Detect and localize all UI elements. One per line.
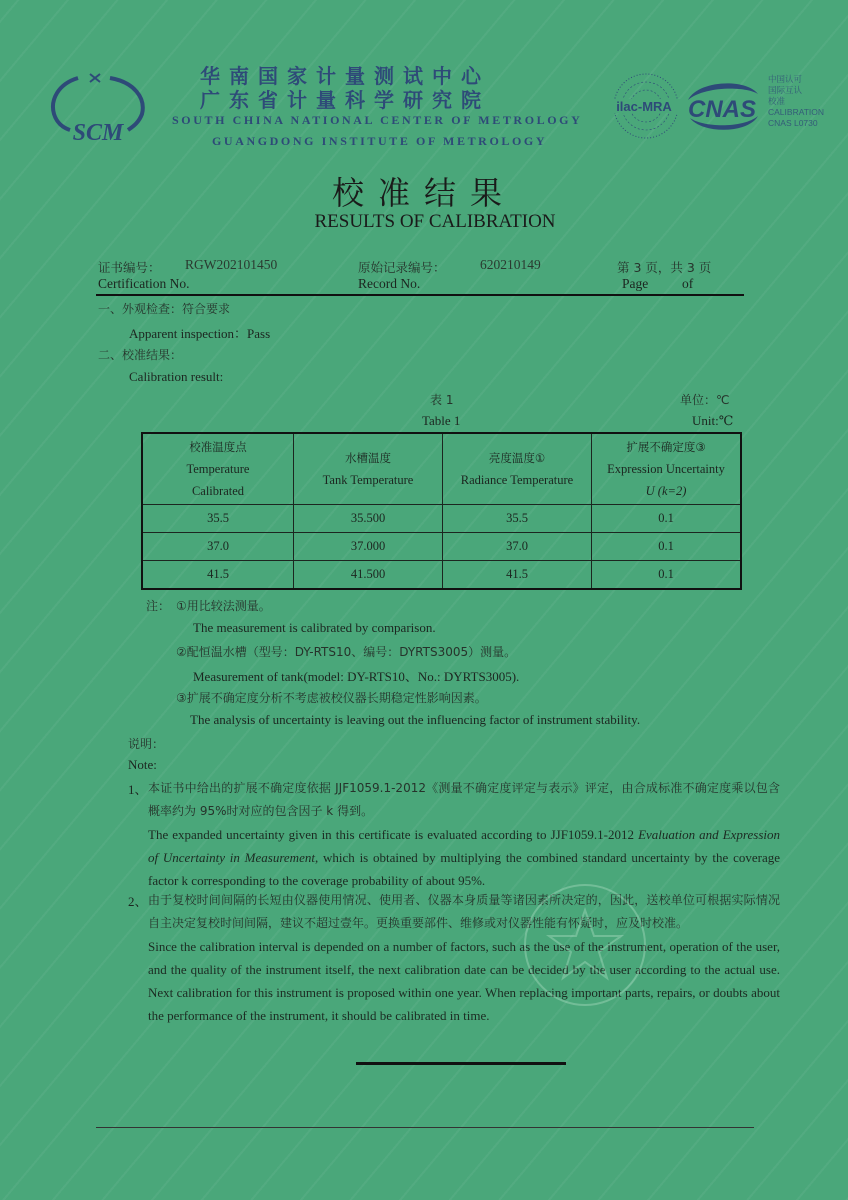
section-1-heading-en: Apparent inspection：Pass bbox=[129, 323, 270, 342]
document-title-cn: 校准结果 bbox=[0, 168, 848, 214]
explanation-label-en: Note: bbox=[128, 757, 157, 773]
cell-radiance-temperature: 37.0 bbox=[443, 533, 592, 561]
cnas-line: 校准 bbox=[768, 96, 824, 107]
table-row: 37.0 37.000 37.0 0.1 bbox=[142, 533, 741, 561]
section-2-heading-en: Calibration result: bbox=[129, 369, 223, 385]
column-header-radiance-temperature: 亮度温度① Radiance Temperature bbox=[443, 433, 592, 505]
table-caption-cn: 表 1 bbox=[430, 391, 453, 408]
table-caption-en: Table 1 bbox=[422, 413, 460, 429]
page-label-en: Page bbox=[622, 276, 648, 292]
cnas-line: CALIBRATION bbox=[768, 107, 824, 118]
cell-temperature-calibrated: 35.5 bbox=[142, 505, 294, 533]
org-name-en-1: SOUTH CHINA NATIONAL CENTER OF METROLOGY bbox=[172, 113, 582, 128]
table-row: 35.5 35.500 35.5 0.1 bbox=[142, 505, 741, 533]
embossed-seal bbox=[520, 880, 650, 1010]
record-label-en: Record No. bbox=[358, 276, 420, 292]
page-of-label-en: of bbox=[682, 276, 693, 292]
calibration-results-table: 校准温度点 Temperature Calibrated 水槽温度 Tank T… bbox=[141, 432, 742, 590]
document-title-en: RESULTS OF CALIBRATION bbox=[0, 211, 848, 233]
page-indicator-cn: 第 3 页，共 3 页 bbox=[617, 258, 711, 276]
cell-tank-temperature: 37.000 bbox=[294, 533, 443, 561]
note-2-en: Measurement of tank(model: DY-RTS10、No.:… bbox=[193, 666, 519, 685]
explanation-label-cn: 说明： bbox=[128, 735, 164, 752]
unit-label-en: Unit:℃ bbox=[692, 413, 733, 429]
explanation-item-1-en: The expanded uncertainty given in this c… bbox=[148, 823, 780, 892]
ilac-mra-logo: ilac-MRA bbox=[602, 68, 686, 144]
section-2-heading-cn: 二、校准结果： bbox=[98, 346, 182, 363]
cert-number: RGW202101450 bbox=[185, 257, 277, 273]
cell-tank-temperature: 35.500 bbox=[294, 505, 443, 533]
cell-uncertainty: 0.1 bbox=[592, 505, 742, 533]
cell-uncertainty: 0.1 bbox=[592, 561, 742, 590]
unit-label-cn: 单位：℃ bbox=[680, 391, 729, 408]
svg-text:ilac-MRA: ilac-MRA bbox=[616, 99, 672, 114]
cell-temperature-calibrated: 37.0 bbox=[142, 533, 294, 561]
record-label-cn: 原始记录编号： bbox=[358, 258, 446, 276]
end-of-content-line bbox=[356, 1062, 566, 1065]
note-1-cn: ①用比较法测量。 bbox=[176, 597, 271, 614]
cell-tank-temperature: 41.500 bbox=[294, 561, 443, 590]
column-header-expression-uncertainty: 扩展不确定度③ Expression Uncertainty U (k=2) bbox=[592, 433, 742, 505]
cnas-accreditation-text: 中国认可 国际互认 校准 CALIBRATION CNAS L0730 bbox=[768, 74, 824, 129]
cert-label-en: Certification No. bbox=[98, 276, 189, 292]
footer-divider bbox=[96, 1127, 754, 1128]
explanation-item-2: 由于复校时间间隔的长短由仪器使用情况、使用者、仪器本身质量等诸因素所决定的，因此… bbox=[148, 889, 780, 1027]
section-1-heading-cn: 一、外观检查：符合要求 bbox=[98, 300, 230, 317]
cell-uncertainty: 0.1 bbox=[592, 533, 742, 561]
cnas-line: CNAS L0730 bbox=[768, 118, 824, 129]
record-number: 620210149 bbox=[480, 257, 541, 273]
svg-text:CNAS: CNAS bbox=[688, 96, 756, 123]
explanation-item-2-number: 2、 bbox=[128, 891, 148, 910]
cnas-line: 国际互认 bbox=[768, 85, 824, 96]
cnas-line: 中国认可 bbox=[768, 74, 824, 85]
column-header-tank-temperature: 水槽温度 Tank Temperature bbox=[294, 433, 443, 505]
cnas-logo: CNAS bbox=[680, 74, 764, 138]
org-name-cn-2: 广东省计量科学研究院 bbox=[200, 84, 490, 113]
cert-label-cn: 证书编号： bbox=[98, 258, 161, 276]
column-header-temperature-calibrated: 校准温度点 Temperature Calibrated bbox=[142, 433, 294, 505]
table-row: 41.5 41.500 41.5 0.1 bbox=[142, 561, 741, 590]
note-3-en: The analysis of uncertainty is leaving o… bbox=[190, 712, 640, 728]
explanation-item-2-cn: 由于复校时间间隔的长短由仪器使用情况、使用者、仪器本身质量等诸因素所决定的，因此… bbox=[148, 889, 780, 935]
note-2-cn: ②配恒温水槽（型号：DY-RTS10、编号：DYRTS3005）测量。 bbox=[176, 643, 516, 660]
note-3-cn: ③扩展不确定度分析不考虑被校仪器长期稳定性影响因素。 bbox=[176, 689, 487, 706]
note-prefix-cn: 注： bbox=[146, 597, 170, 614]
note-1-en: The measurement is calibrated by compari… bbox=[193, 620, 436, 636]
cell-temperature-calibrated: 41.5 bbox=[142, 561, 294, 590]
svg-text:SCM: SCM bbox=[73, 120, 125, 145]
table-header-row: 校准温度点 Temperature Calibrated 水槽温度 Tank T… bbox=[142, 433, 741, 505]
org-name-en-2: GUANGDONG INSTITUTE OF METROLOGY bbox=[212, 134, 547, 149]
cell-radiance-temperature: 41.5 bbox=[443, 561, 592, 590]
header-divider bbox=[96, 294, 744, 296]
explanation-item-2-en: Since the calibration interval is depend… bbox=[148, 935, 780, 1027]
explanation-item-1: 本证书中给出的扩展不确定度依据 JJF1059.1-2012《测量不确定度评定与… bbox=[148, 777, 780, 892]
cell-radiance-temperature: 35.5 bbox=[443, 505, 592, 533]
scm-logo: SCM bbox=[48, 70, 148, 145]
explanation-item-1-cn: 本证书中给出的扩展不确定度依据 JJF1059.1-2012《测量不确定度评定与… bbox=[148, 777, 780, 823]
explanation-item-1-number: 1、 bbox=[128, 779, 148, 798]
